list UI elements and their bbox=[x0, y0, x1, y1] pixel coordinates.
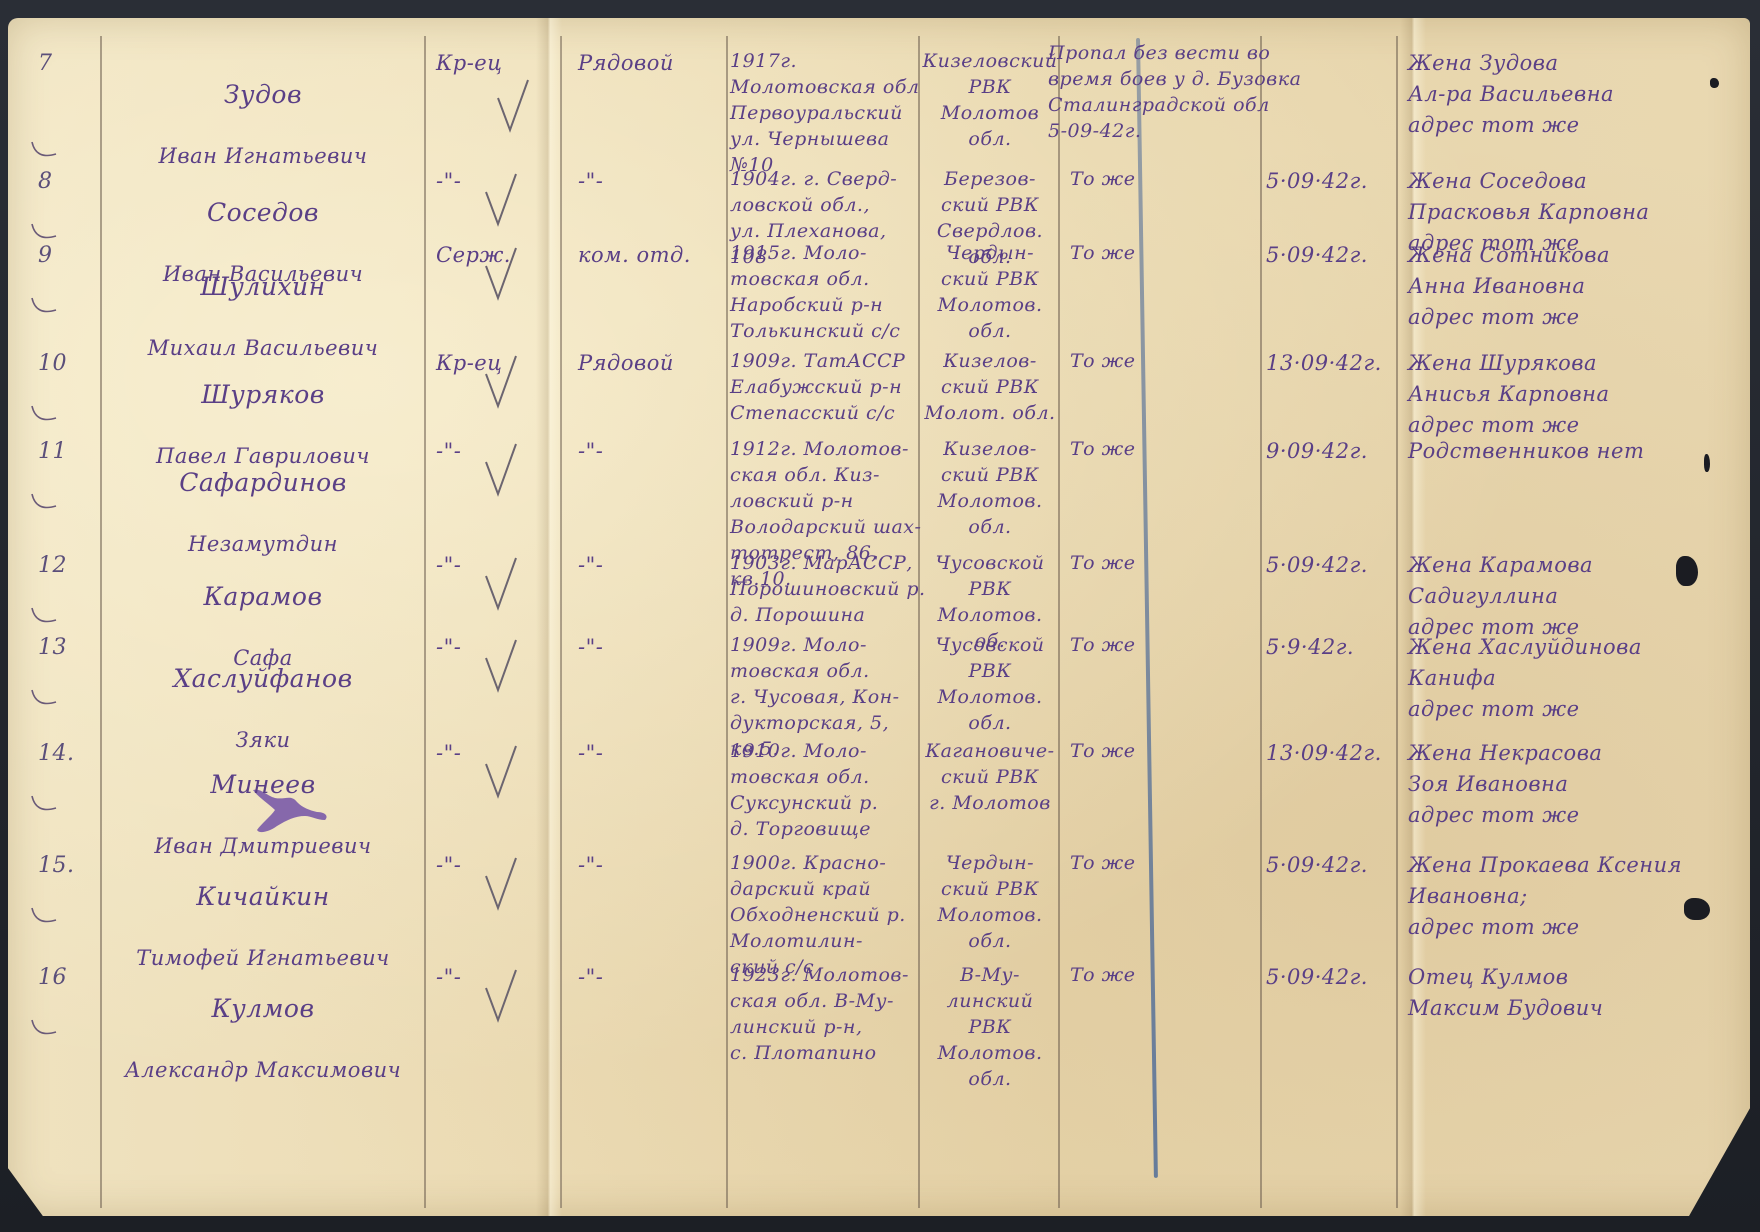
next-of-kin: Жена Зудова Ал-ра Васильевна адрес тот ж… bbox=[1408, 48, 1738, 141]
column-rule bbox=[424, 36, 426, 1208]
column-rule bbox=[100, 36, 102, 1208]
pencil-checkmark bbox=[484, 744, 518, 798]
loss-date: 5·9·42г. bbox=[1266, 632, 1396, 663]
register-page: 7 Зудов Иван Игнатьевич Кр-ец Рядовой 19… bbox=[8, 18, 1750, 1216]
pencil-checkmark bbox=[484, 172, 518, 226]
loss-date: 13·09·42г. bbox=[1266, 348, 1396, 379]
pencil-checkmark bbox=[484, 246, 518, 300]
soldier-name: Кулмов Александр Максимович bbox=[108, 962, 418, 1117]
draft-office: Кизелов- ский РВК Молотов. обл. bbox=[920, 436, 1060, 540]
pencil-checkmark bbox=[484, 556, 518, 610]
given-names: Александр Максимович bbox=[108, 1055, 418, 1086]
birth-year-and-place: 1915г. Моло- товская обл. Наробский р-н … bbox=[730, 240, 926, 344]
position: Рядовой bbox=[578, 48, 728, 79]
position: -"- bbox=[578, 962, 728, 993]
birth-year-and-place: 1903г. МарАССР, Порошиновский р. д. Поро… bbox=[730, 550, 926, 628]
loss-date: 5·09·42г. bbox=[1266, 962, 1396, 993]
surname: Кулмов bbox=[108, 993, 418, 1024]
margin-tick-mark bbox=[30, 296, 58, 318]
surname: Зудов bbox=[108, 79, 418, 110]
surname: Карамов bbox=[108, 581, 418, 612]
birth-year-and-place: 1900г. Красно- дарский край Обходненский… bbox=[730, 850, 926, 980]
row-number: 16 bbox=[38, 962, 88, 993]
position: -"- bbox=[578, 738, 728, 769]
pencil-checkmark bbox=[484, 638, 518, 692]
next-of-kin: Отец Кулмов Максим Будович bbox=[1408, 962, 1738, 1024]
next-of-kin: Жена Хаслуйдинова Канифа адрес тот же bbox=[1408, 632, 1738, 725]
pencil-checkmark bbox=[484, 442, 518, 496]
position: -"- bbox=[578, 436, 728, 467]
position: -"- bbox=[578, 850, 728, 881]
surname: Кичайкин bbox=[108, 881, 418, 912]
surname: Шулихин bbox=[108, 271, 418, 302]
draft-office: Кизелов- ский РВК Молот. обл. bbox=[920, 348, 1060, 426]
draft-office: В-Му- линский РВК Молотов. обл. bbox=[920, 962, 1060, 1092]
row-number: 8 bbox=[38, 166, 88, 197]
loss-date: 13·09·42г. bbox=[1266, 738, 1396, 769]
loss-date: 9·09·42г. bbox=[1266, 436, 1396, 467]
column-rule bbox=[726, 36, 728, 1208]
position: -"- bbox=[578, 632, 728, 663]
position: -"- bbox=[578, 550, 728, 581]
row-number: 11 bbox=[38, 436, 88, 467]
margin-tick-mark bbox=[30, 404, 58, 426]
margin-tick-mark bbox=[30, 1018, 58, 1040]
surname: Шуряков bbox=[108, 379, 418, 410]
row-number: 7 bbox=[38, 48, 88, 79]
draft-office: Чердын- ский РВК Молотов. обл. bbox=[920, 850, 1060, 954]
loss-date: 5·09·42г. bbox=[1266, 166, 1396, 197]
margin-tick-mark bbox=[30, 140, 58, 162]
surname: Соседов bbox=[108, 197, 418, 228]
loss-date: 5·09·42г. bbox=[1266, 240, 1396, 271]
pencil-checkmark bbox=[484, 968, 518, 1022]
next-of-kin: Жена Некрасова Зоя Ивановна адрес тот же bbox=[1408, 738, 1738, 831]
position: -"- bbox=[578, 166, 728, 197]
margin-tick-mark bbox=[30, 492, 58, 514]
next-of-kin: Жена Сотникова Анна Ивановна адрес тот ж… bbox=[1408, 240, 1738, 333]
margin-tick-mark bbox=[30, 794, 58, 816]
loss-date: 5·09·42г. bbox=[1266, 550, 1396, 581]
rank: Кр-ец bbox=[436, 48, 546, 79]
row-number: 10 bbox=[38, 348, 88, 379]
pencil-checkmark bbox=[496, 78, 530, 132]
pencil-checkmark bbox=[484, 354, 518, 408]
surname: Минеев bbox=[108, 769, 418, 800]
surname: Сафардинов bbox=[108, 467, 418, 498]
column-rule bbox=[1260, 36, 1262, 1208]
loss-date: 5·09·42г. bbox=[1266, 850, 1396, 881]
position: ком. отд. bbox=[578, 240, 728, 271]
row-number: 14. bbox=[38, 738, 88, 769]
margin-tick-mark bbox=[30, 606, 58, 628]
row-number: 13 bbox=[38, 632, 88, 663]
draft-office: Кизеловский РВК Молотов обл. bbox=[920, 48, 1060, 152]
draft-office: Кагановиче- ский РВК г. Молотов bbox=[920, 738, 1060, 816]
draft-office: Чусовской РВК Молотов. обл. bbox=[920, 632, 1060, 736]
row-number: 15. bbox=[38, 850, 88, 881]
birth-year-and-place: 1909г. ТатАССР Елабужский р-н Степасский… bbox=[730, 348, 926, 426]
next-of-kin: Жена Прокаева Ксения Ивановна; адрес тот… bbox=[1408, 850, 1738, 943]
birth-year-and-place: 1917г. Молотовская обл Первоуральский ул… bbox=[730, 48, 926, 178]
loss-circumstance: Пропал без вести во время боев у д. Бузо… bbox=[1048, 40, 1378, 144]
pencil-checkmark bbox=[484, 856, 518, 910]
row-number: 12 bbox=[38, 550, 88, 581]
margin-tick-mark bbox=[30, 906, 58, 928]
next-of-kin: Родственников нет bbox=[1408, 436, 1738, 467]
draft-office: Чердын- ский РВК Молотов. обл. bbox=[920, 240, 1060, 344]
blue-pencil-line bbox=[1136, 38, 1158, 1178]
column-rule bbox=[1396, 36, 1398, 1208]
surname: Хаслуйфанов bbox=[108, 663, 418, 694]
birth-year-and-place: 1910г. Моло- товская обл. Суксунский р. … bbox=[730, 738, 926, 842]
birth-year-and-place: 1923г. Молотов- ская обл. В-Му- линский … bbox=[730, 962, 926, 1066]
position: Рядовой bbox=[578, 348, 728, 379]
margin-tick-mark bbox=[30, 688, 58, 710]
row-number: 9 bbox=[38, 240, 88, 271]
paper-fold bbox=[536, 18, 562, 1216]
next-of-kin: Жена Шурякова Анисья Карповна адрес тот … bbox=[1408, 348, 1738, 441]
next-of-kin: Жена Карамова Садигуллина адрес тот же bbox=[1408, 550, 1738, 643]
